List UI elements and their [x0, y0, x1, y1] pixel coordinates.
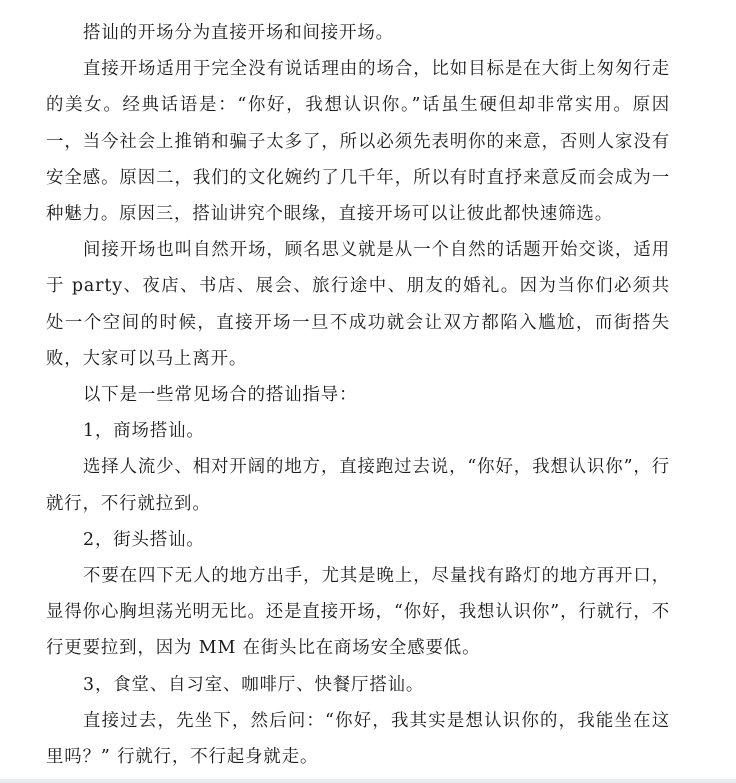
section-heading-street: 2，街头搭讪。 — [46, 522, 670, 558]
paragraph-street: 不要在四下无人的地方出手，尤其是晚上，尽量找有路灯的地方再开口，显得你心胸坦荡光… — [46, 558, 670, 667]
paragraph-indirect-opening: 间接开场也叫自然开场，顾名思义就是从一个自然的话题开始交谈，适用于 party、… — [46, 232, 670, 377]
paragraph-intro: 搭讪的开场分为直接开场和间接开场。 — [46, 15, 670, 51]
section-heading-mall: 1，商场搭讪。 — [46, 413, 670, 449]
document-page: 搭讪的开场分为直接开场和间接开场。 直接开场适用于完全没有说话理由的场合，比如目… — [46, 15, 670, 775]
paragraph-cafe: 直接过去，先坐下，然后问：“你好，我其实是想认识你的，我能坐在这里吗？” 行就行… — [46, 703, 670, 775]
paragraph-guide-lead-in: 以下是一些常见场合的搭讪指导： — [46, 377, 670, 413]
paragraph-direct-opening: 直接开场适用于完全没有说话理由的场合，比如目标是在大街上匆匆行走的美女。经典话语… — [46, 51, 670, 232]
page-bottom-divider — [0, 779, 736, 783]
section-heading-cafe: 3，食堂、自习室、咖啡厅、快餐厅搭讪。 — [46, 667, 670, 703]
paragraph-mall: 选择人流少、相对开阔的地方，直接跑过去说，“你好，我想认识你”，行就行，不行就拉… — [46, 449, 670, 521]
